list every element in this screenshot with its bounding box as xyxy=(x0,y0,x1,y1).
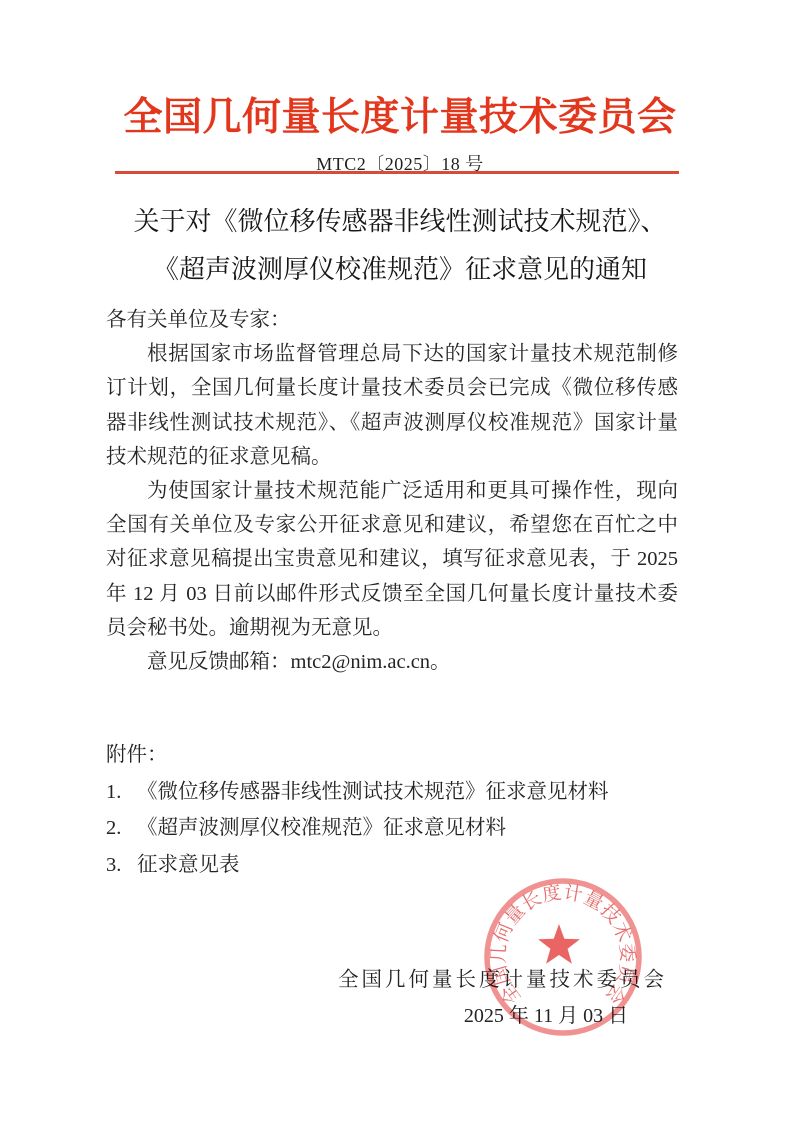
contact-email-line: 意见反馈邮箱：mtc2@nim.ac.cn。 xyxy=(106,645,678,679)
red-divider-line xyxy=(115,171,679,174)
official-seal: 全国几何量长度计量技术委员会 xyxy=(482,875,644,1041)
seal-star-icon xyxy=(538,924,580,964)
attachment-number: 2. xyxy=(106,810,137,847)
attachment-number: 3. xyxy=(106,847,137,884)
org-title: 全国几何量长度计量技术委员会 xyxy=(0,86,800,142)
attachments-section: 附件： 1.《微位移传感器非线性测试技术规范》征求意见材料 2.《超声波测厚仪校… xyxy=(106,737,678,883)
paragraph-2: 为使国家计量技术规范能广泛适用和更具可操作性，现向全国有关单位及专家公开征求意见… xyxy=(106,474,678,645)
attachment-number: 1. xyxy=(106,774,137,811)
letter-body: 各有关单位及专家： 根据国家市场监督管理总局下达的国家计量技术规范制修订计划，全… xyxy=(106,303,678,679)
attachment-text: 《微位移传感器非线性测试技术规范》征求意见材料 xyxy=(137,781,609,803)
attachment-item: 1.《微位移传感器非线性测试技术规范》征求意见材料 xyxy=(106,774,678,811)
subject-line-1: 关于对《微位移传感器非线性测试技术规范》、 xyxy=(60,198,740,246)
attachments-label: 附件： xyxy=(106,737,678,774)
attachment-item: 2.《超声波测厚仪校准规范》征求意见材料 xyxy=(106,810,678,847)
paragraph-1: 根据国家市场监督管理总局下达的国家计量技术规范制修订计划，全国几何量长度计量技术… xyxy=(106,337,678,474)
subject-line-2: 《超声波测厚仪校准规范》征求意见的通知 xyxy=(60,246,740,294)
attachment-text: 《超声波测厚仪校准规范》征求意见材料 xyxy=(137,817,506,839)
attachment-text: 征求意见表 xyxy=(137,854,240,876)
greeting: 各有关单位及专家： xyxy=(106,303,678,337)
subject-title: 关于对《微位移传感器非线性测试技术规范》、 《超声波测厚仪校准规范》征求意见的通… xyxy=(60,198,740,294)
document-page: 全国几何量长度计量技术委员会 MTC2〔2025〕18 号 关于对《微位移传感器… xyxy=(0,0,800,1131)
